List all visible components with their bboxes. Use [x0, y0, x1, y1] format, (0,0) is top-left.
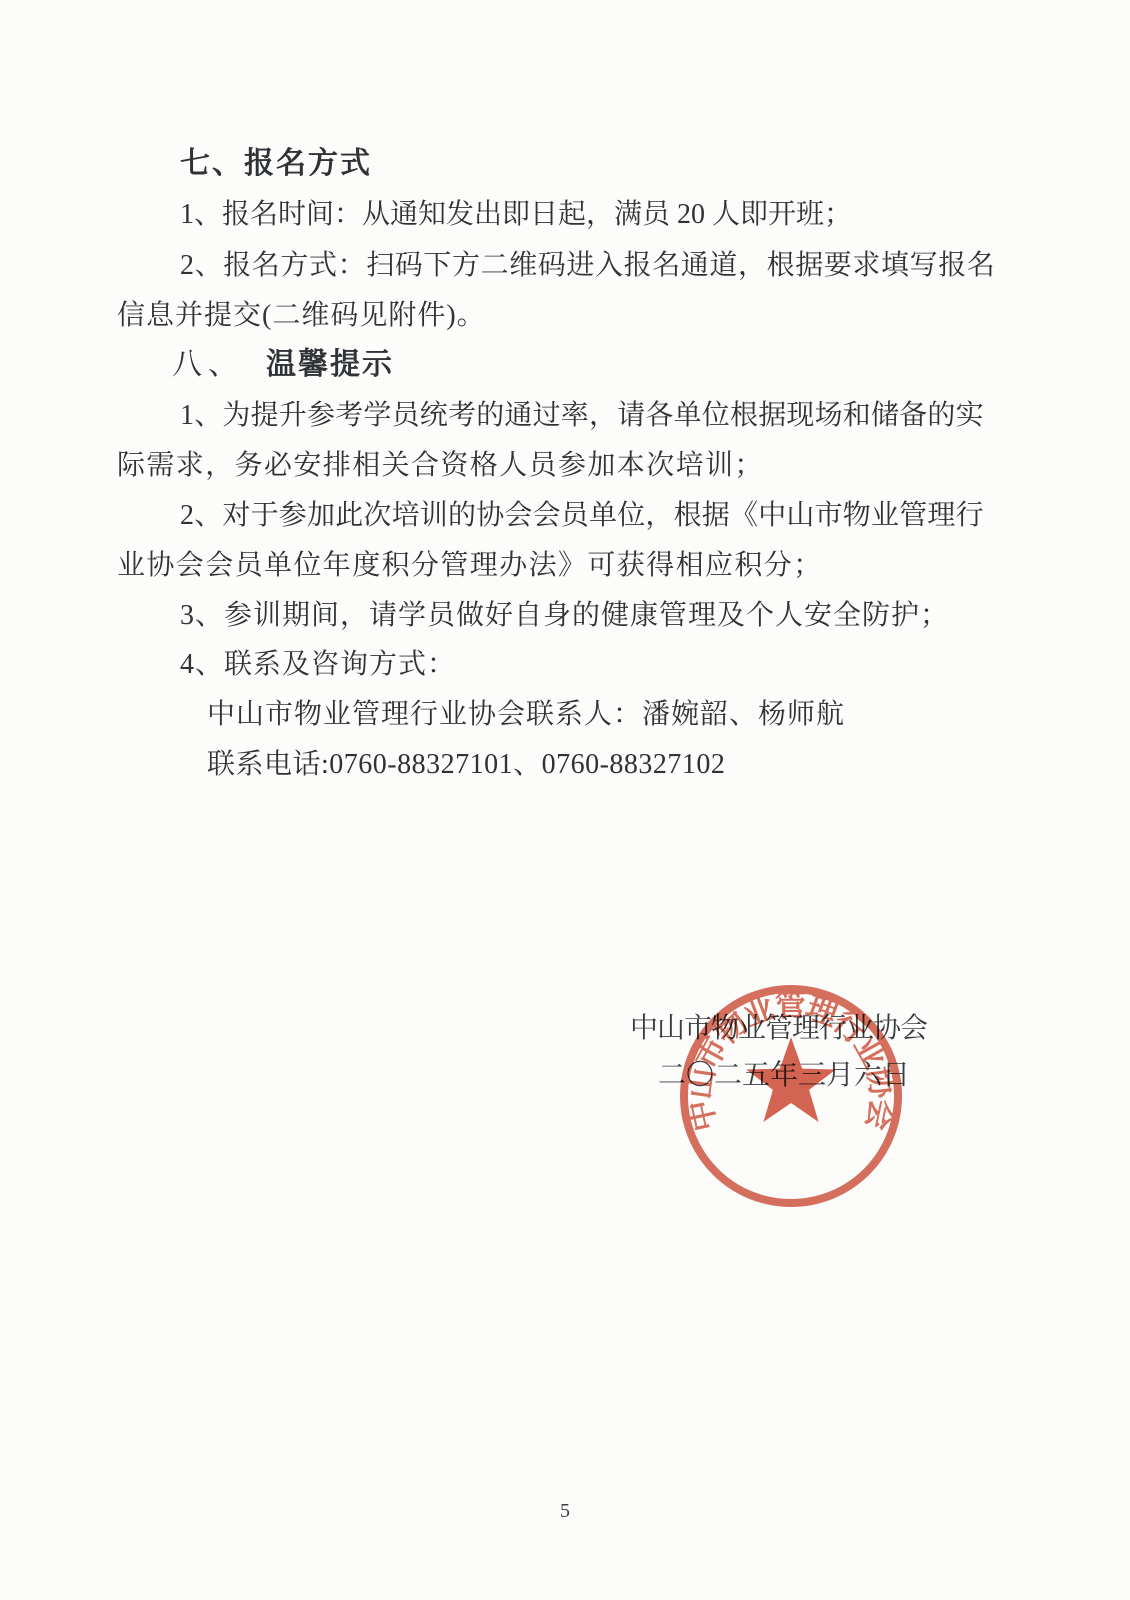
- body-line: 信息并提交(二维码见附件)。: [117, 299, 486, 333]
- body-line: 2、对于参加此次培训的协会会员单位，根据《中山市物业管理行: [180, 499, 984, 533]
- body-line: 际需求，务必安排相关合资格人员参加本次培训；: [117, 449, 764, 483]
- body-line: 1、报名时间：从通知发出即日起，满员 20 人即开班；: [180, 198, 852, 232]
- body-line: 4、联系及咨询方式：: [180, 648, 456, 682]
- body-line: 1、为提升参考学员统考的通过率，请各单位根据现场和储备的实: [180, 399, 984, 433]
- document-page: 七、报名方式 1、报名时间：从通知发出即日起，满员 20 人即开班； 2、报名方…: [0, 0, 1130, 1600]
- section-8-number: 八、: [172, 348, 244, 381]
- body-line: 业协会会员单位年度积分管理办法》可获得相应积分；: [117, 549, 823, 583]
- official-seal: 中山市物业管理行业协会: [671, 976, 911, 1216]
- section-7-heading: 七、报名方式: [180, 147, 372, 181]
- section-8-heading: 八、温馨提示: [172, 348, 394, 382]
- page-number: 5: [0, 1500, 1130, 1523]
- star-icon: [746, 1037, 835, 1122]
- section-8-title: 温馨提示: [266, 348, 394, 381]
- contact-person-line: 中山市物业管理行业协会联系人：潘婉韶、杨师航: [207, 698, 845, 732]
- contact-phone-line: 联系电话:0760-88327101、0760-88327102: [207, 748, 725, 782]
- body-line: 3、参训期间，请学员做好自身的健康管理及个人安全防护；: [180, 599, 949, 633]
- body-line: 2、报名方式：扫码下方二维码进入报名通道，根据要求填写报名: [180, 249, 995, 283]
